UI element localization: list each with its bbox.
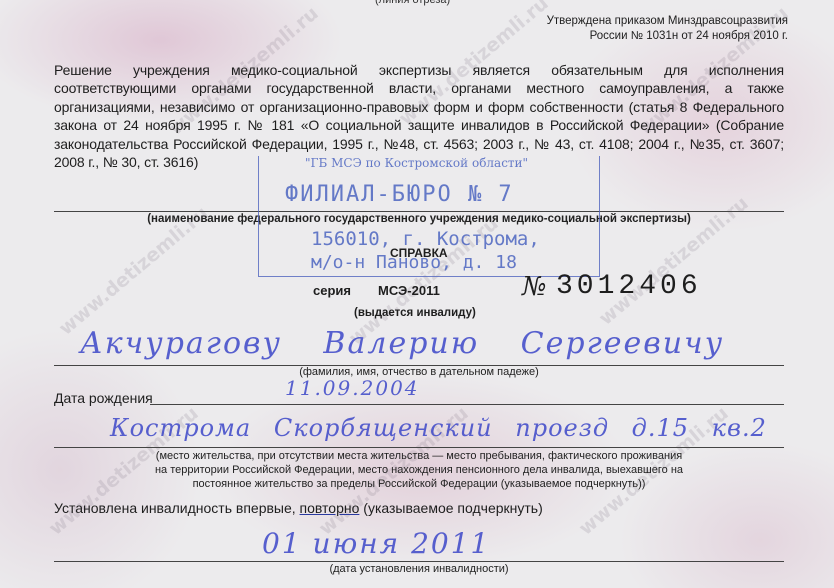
address-caption-line-2: на территории Российской Федерации, мест…	[54, 463, 784, 477]
address-caption-line-1: (место жительства, при отсутствии места …	[54, 449, 784, 463]
stamp-line-2: ФИЛИАЛ-БЮРО № 7	[285, 182, 514, 207]
address-handwritten: Кострома Скорбященский проезд д.15 кв.2	[110, 414, 767, 442]
disability-underlined-option: повторно	[300, 500, 360, 516]
cut-line-label: (линия отреза)	[375, 0, 450, 6]
name-handwritten: Акчурагову Валерию Сергеевичу	[80, 326, 724, 361]
disability-prefix: Установлена инвалидность впервые,	[54, 500, 296, 516]
series-value: МСЭ-2011	[378, 283, 440, 298]
issued-to-note: (выдается инвалиду)	[354, 307, 476, 319]
document-title: СПРАВКА	[390, 246, 448, 260]
birth-date-handwritten: 11.09.2004	[285, 376, 420, 400]
number-sign: №	[522, 272, 547, 302]
approval-line-1: Утверждена приказом Минздравсоцразвития	[547, 14, 788, 29]
birth-date-label: Дата рождения	[54, 390, 153, 406]
approval-line-2: России № 1031н от 24 ноября 2010 г.	[547, 29, 788, 44]
stamp-line-1: "ГБ МСЭ по Костромской области"	[305, 156, 528, 170]
legal-paragraph: Решение учреждения медико-социальной экс…	[54, 61, 784, 171]
disability-status: Установлена инвалидность впервые, повтор…	[54, 500, 543, 516]
address-caption-line-3: постоянное жительство за пределы Российс…	[54, 477, 784, 491]
disability-suffix: (указываемое подчеркнуть)	[363, 500, 542, 516]
series-label: серия	[313, 283, 351, 298]
disability-date-line	[54, 561, 784, 562]
disability-date-handwritten: 01 июня 2011	[262, 527, 490, 560]
disability-date-caption: (дата установления инвалидности)	[54, 563, 784, 575]
address-line	[54, 447, 784, 448]
certificate-number: 3012406	[556, 271, 702, 302]
birth-date-line	[150, 404, 784, 405]
address-caption: (место жительства, при отсутствии места …	[54, 449, 784, 491]
approval-note: Утверждена приказом Минздравсоцразвития …	[547, 14, 788, 44]
